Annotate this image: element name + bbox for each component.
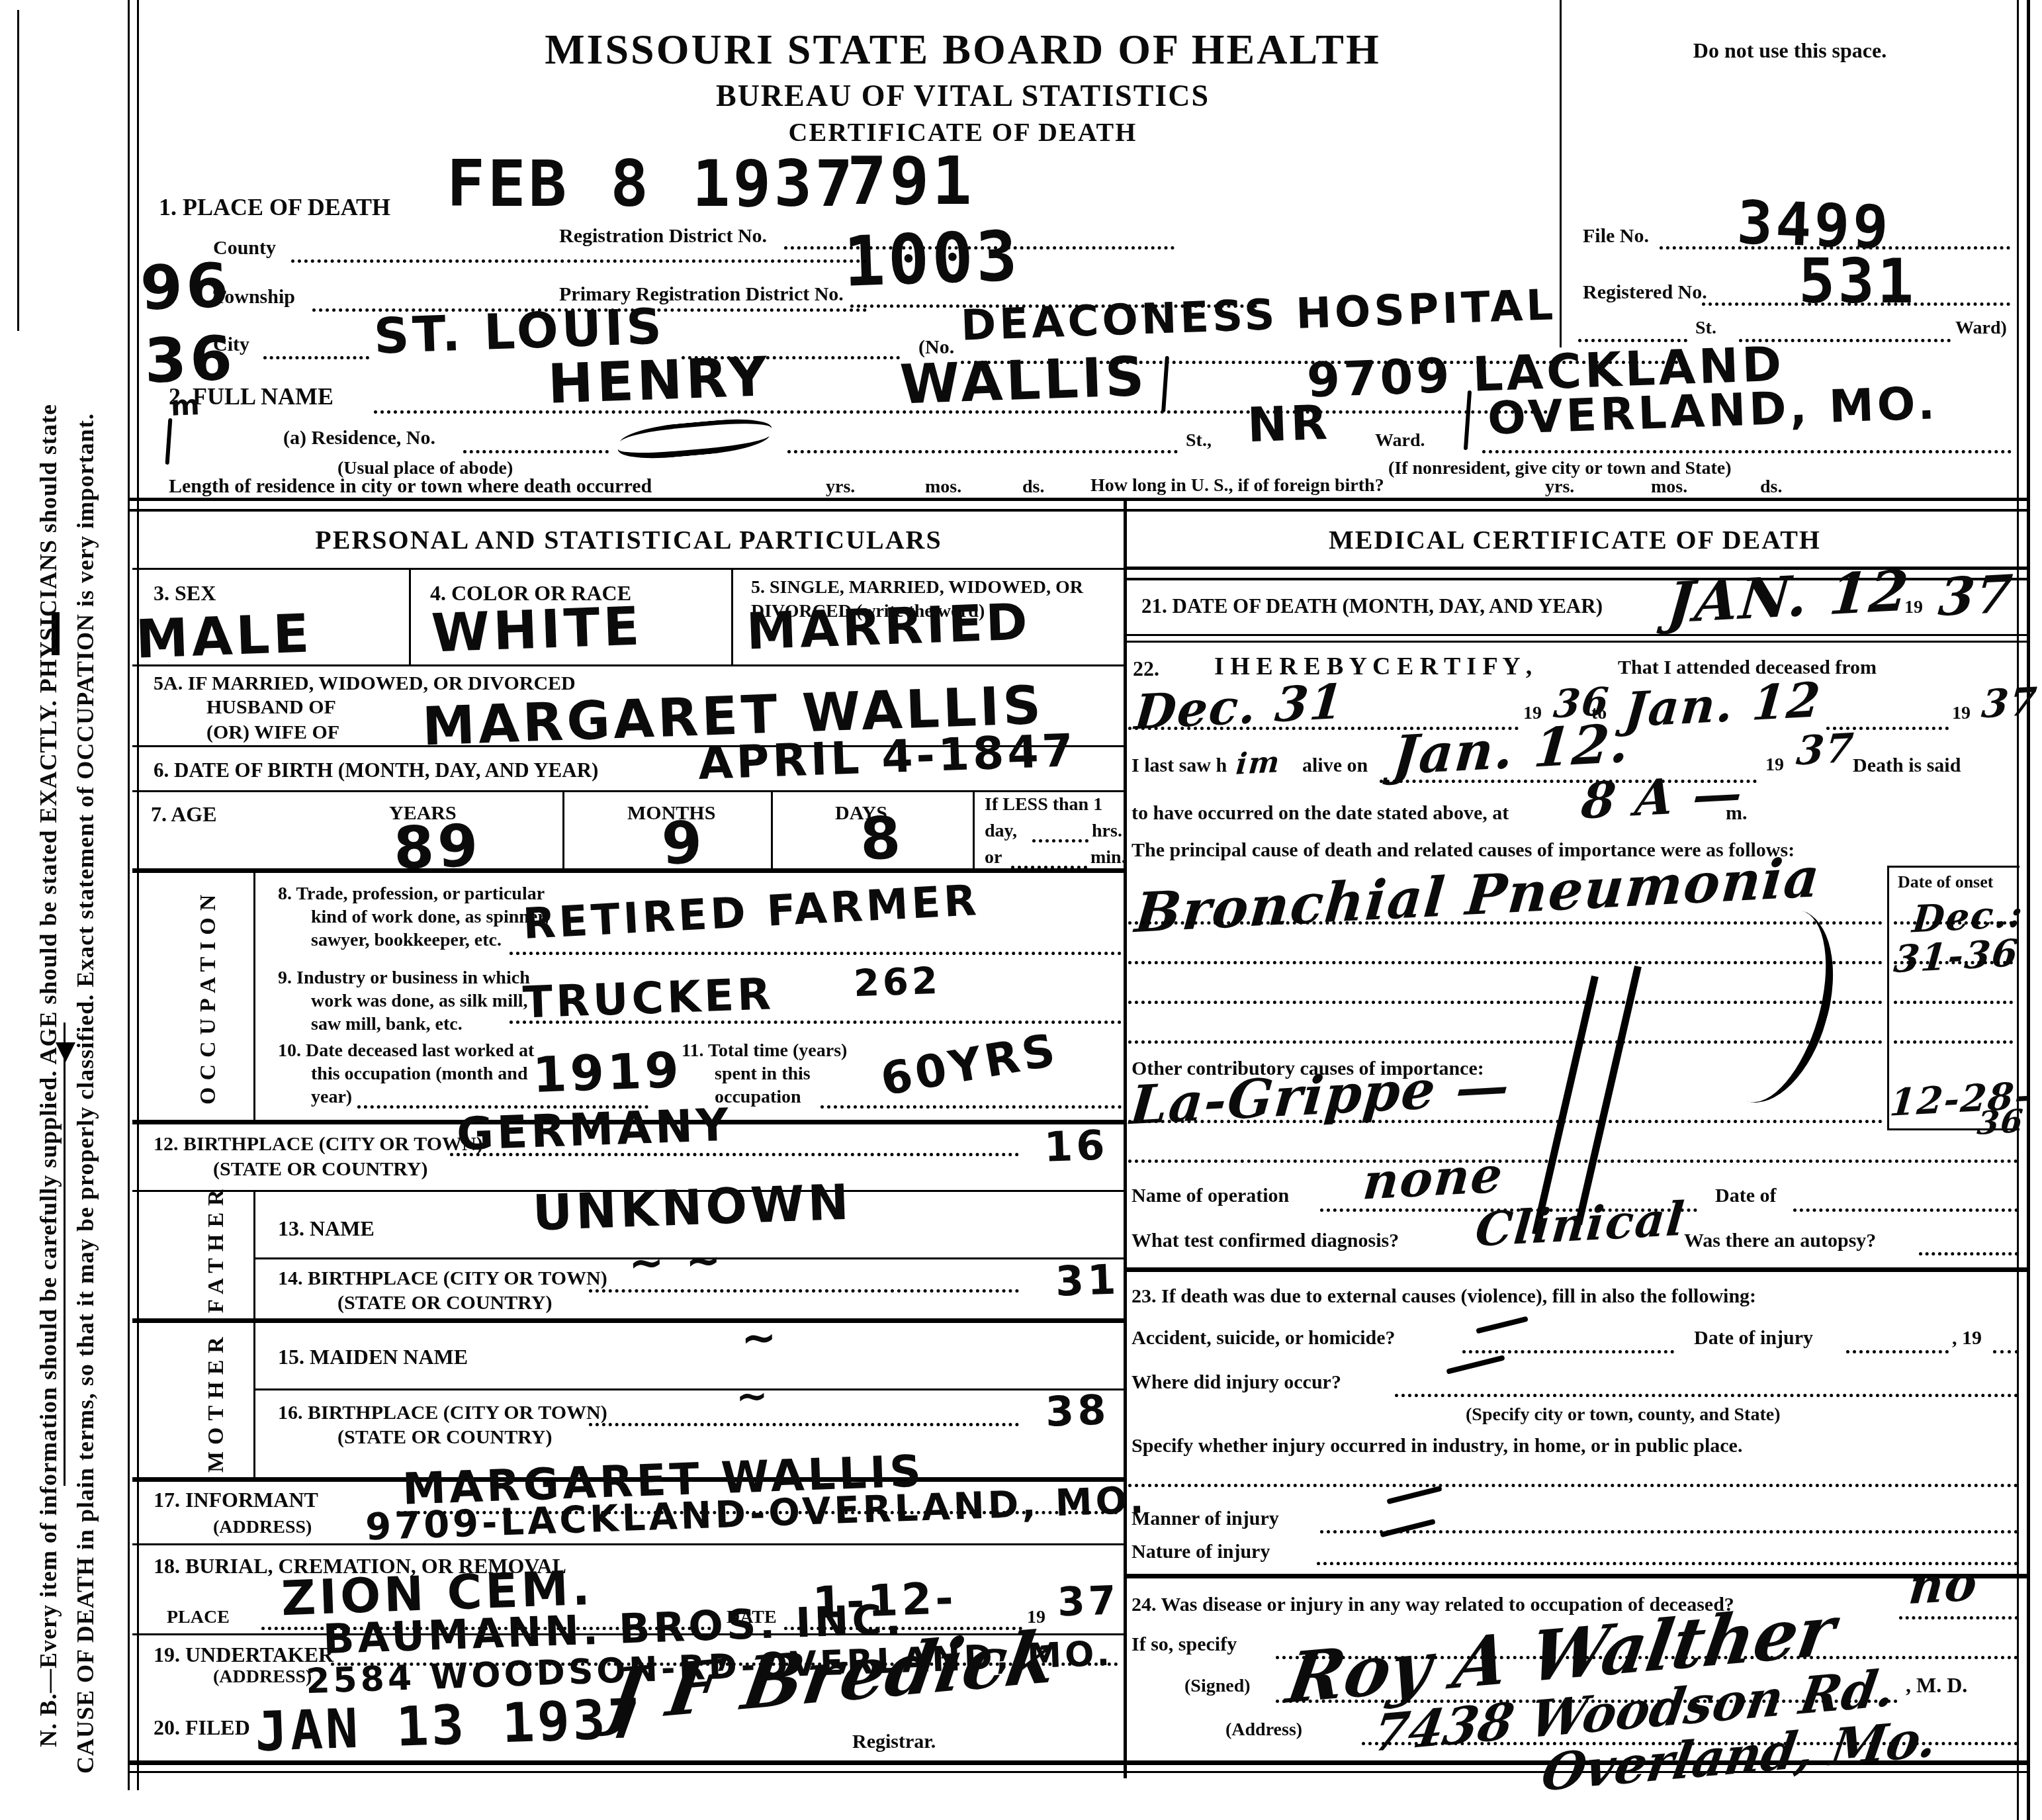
m-label: m. (1726, 802, 1748, 825)
dotted-line (1320, 1530, 2018, 1533)
last-saw-him: im (1235, 745, 1282, 782)
birthplace-label-2: (STATE OR COUNTRY) (213, 1158, 428, 1181)
or-label: or (985, 847, 1002, 868)
ward2-label: Ward. (1375, 430, 1425, 451)
undertaker-address-label: (ADDRESS) (213, 1666, 312, 1688)
dod-year-value: 37 (1936, 564, 2016, 628)
personal-section-title: PERSONAL AND STATISTICAL PARTICULARS (132, 524, 1125, 555)
occupation-strip-divider (253, 872, 255, 1120)
dotted-line (510, 952, 1122, 955)
pen-stroke (1161, 356, 1169, 412)
title-board: MISSOURI STATE BOARD OF HEALTH (371, 25, 1555, 74)
date-of-onset-label: Date of onset (1898, 872, 1993, 892)
burial-year-value: 37 (1057, 1577, 1120, 1625)
dotted-line (463, 450, 609, 453)
mother-birthplace-code: 38 (1045, 1385, 1110, 1435)
operation-label: Name of operation (1132, 1185, 1289, 1207)
certify-number: 22. (1133, 657, 1159, 681)
last-worked-value: 1919 (532, 1042, 684, 1104)
city-label: City (213, 334, 249, 356)
attended-from-value: Dec. 31 (1132, 672, 1346, 740)
alive-19-label: 19 (1765, 754, 1784, 776)
death-certificate-scan: N. B.—Every item of information should b… (0, 0, 2042, 1820)
birthplace-value: GERMANY (456, 1099, 733, 1161)
date-of-death-value: JAN. 12 (1665, 557, 1912, 636)
item8-line1: 8. Trade, profession, or particular (278, 884, 545, 905)
item9-line1: 9. Industry or business in which (278, 968, 530, 989)
primary-district-number-stamp: 1003 (842, 215, 1022, 302)
total-time-value: 60YRS (877, 1024, 1062, 1107)
how-long-label: How long in U. S., if of foreign birth? (1090, 475, 1384, 496)
st2-label: St., (1186, 430, 1212, 451)
pen-dash (1476, 1316, 1529, 1334)
pen-dash (1386, 1486, 1442, 1504)
rule (132, 664, 1124, 666)
item11-line2: spent in this (715, 1064, 811, 1085)
married-label: 5A. IF MARRIED, WIDOWED, OR DIVORCED (154, 672, 576, 695)
registered-no-label: Registered No. (1583, 281, 1707, 304)
mother-strip-divider (253, 1318, 255, 1477)
rule (132, 790, 1124, 792)
industry-value: TRUCKER (522, 968, 775, 1028)
father-birthplace-label-2: (STATE OR COUNTRY) (337, 1292, 553, 1314)
heavy-rule (132, 1318, 1124, 1323)
dotted-line (1993, 1350, 2018, 1353)
registration-district-label: Registration District No. (559, 225, 767, 248)
rule (1125, 641, 2027, 643)
date-of-death-label: 21. DATE OF DEATH (MONTH, DAY, AND YEAR) (1141, 594, 1603, 618)
death-is-said-label: Death is said (1853, 754, 1961, 777)
item10-line2: this occupation (month and (311, 1064, 528, 1085)
file-no-label: File No. (1583, 225, 1649, 248)
test-value: Clinical (1474, 1191, 1688, 1257)
hospital-value: DEACONESS HOSPITAL (960, 281, 1557, 350)
mos-label: mos. (925, 477, 961, 498)
nature-label: Nature of injury (1132, 1541, 1270, 1563)
test-label: What test confirmed diagnosis? (1132, 1230, 1399, 1252)
registrar-label: Registrar. (852, 1731, 936, 1753)
column-divider (409, 568, 411, 664)
dotted-line (787, 450, 1178, 453)
occurred-time-value: 8 A — (1579, 764, 1746, 830)
ds-label-2: ds. (1760, 477, 1782, 498)
medical-section-title: MEDICAL CERTIFICATE OF DEATH (1125, 524, 2025, 555)
dotted-line (1846, 1350, 1949, 1353)
heavy-rule (132, 868, 1124, 873)
if-less-label: If LESS than 1 (985, 794, 1102, 815)
signed-label: (Signed) (1184, 1676, 1251, 1697)
district-number-stamp: 791 (847, 142, 975, 220)
industry-code-value: 262 (853, 960, 942, 1006)
dotted-line (1793, 1208, 2018, 1212)
pen-dash (1380, 1519, 1435, 1537)
dotted-line (821, 1105, 1122, 1109)
specify-whether-label: Specify whether injury occurred in indus… (1132, 1435, 1742, 1457)
residence-scribble (615, 415, 776, 462)
husband-of-label: HUSBAND OF (206, 696, 336, 719)
full-name-last: WALLIS (899, 345, 1148, 416)
md-label: , M. D. (1906, 1673, 1967, 1698)
dotted-line (450, 1153, 1019, 1156)
age-days-value: 8 (859, 803, 905, 873)
dod-19-label: 19 (1904, 597, 1923, 618)
do-not-use-label: Do not use this space. (1575, 38, 2005, 63)
dotted-line (1899, 1616, 2018, 1619)
column-divider (731, 568, 733, 664)
dotted-line (1919, 1252, 2018, 1255)
informant-label: 17. INFORMANT (154, 1488, 318, 1512)
item9-line3: saw mill, bank, etc. (311, 1014, 463, 1035)
item11-line1: 11. Total time (years) (682, 1040, 847, 1062)
rule (132, 568, 1124, 570)
if-so-specify-label: If so, specify (1132, 1633, 1237, 1656)
yrs-label-2: yrs. (1545, 477, 1574, 498)
dotted-line (291, 259, 867, 263)
item8-line2: kind of work done, as spinner, (311, 907, 549, 928)
margin-code-96: 96 (139, 250, 233, 324)
birthplace-label-1: 12. BIRTHPLACE (CITY OR TOWN) (154, 1133, 483, 1156)
st-label: St. (1695, 318, 1716, 339)
item24-value: no (1906, 1555, 1980, 1615)
filed-label: 20. FILED (154, 1715, 250, 1740)
father-birthplace-label-1: 14. BIRTHPLACE (CITY OR TOWN) (278, 1267, 607, 1290)
father-name-value: UNKNOWN (532, 1174, 853, 1242)
address-label: (Address) (1225, 1719, 1302, 1741)
date-of-label: Date of (1715, 1185, 1776, 1207)
place-of-death-label: 1. PLACE OF DEATH (159, 193, 390, 221)
maiden-name-label: 15. MAIDEN NAME (278, 1345, 468, 1369)
dotted-line (510, 1021, 1122, 1024)
age-label: 7. AGE (151, 802, 217, 827)
ds-label: ds. (1022, 477, 1044, 498)
item23-label: 23. If death was due to external causes … (1132, 1285, 1756, 1308)
autopsy-label: Was there an autopsy? (1684, 1230, 1876, 1252)
received-date-stamp: FEB 8 1937 (447, 147, 856, 221)
trade-value: RETIRED FARMER (522, 876, 981, 949)
dotted-line (263, 356, 369, 359)
item8-line3: sawyer, bookkeeper, etc. (311, 930, 502, 951)
dotted-line (1894, 1001, 2013, 1004)
form-left-border-inner (137, 0, 139, 1790)
father-name-label: 13. NAME (278, 1216, 375, 1241)
dotted-line (1395, 1394, 2018, 1397)
onset-value-line2: 31-36 (1892, 931, 2021, 981)
item10-line1: 10. Date deceased last worked at (278, 1040, 534, 1062)
sex-label: 3. SEX (154, 581, 216, 606)
injury-19-label: , 19 (1952, 1327, 1982, 1349)
manner-label: Manner of injury (1132, 1508, 1279, 1530)
mother-birthplace-label-1: 16. BIRTHPLACE (CITY OR TOWN) (278, 1402, 607, 1424)
header-right-divider (1560, 0, 1562, 347)
column-divider (771, 790, 773, 870)
accident-label: Accident, suicide, or homicide? (1132, 1327, 1396, 1349)
registered-no-stamp: 531 (1798, 246, 1916, 317)
onset-box-top (1887, 866, 2020, 868)
dotted-line (589, 1289, 1019, 1293)
pen-dash (1446, 1355, 1505, 1375)
form-right-border (2027, 0, 2030, 1820)
marital-label-1: 5. SINGLE, MARRIED, WIDOWED, OR (751, 577, 1083, 598)
full-name-first: HENRY (547, 345, 771, 416)
column-divider (562, 790, 564, 870)
marital-value: MARRIED (746, 592, 1032, 661)
scan-edge-mark (64, 1023, 66, 1486)
rule (253, 1388, 1124, 1390)
dotted-line (1032, 839, 1088, 842)
alive-year-value: 37 (1795, 725, 1857, 775)
occurred-label: to have occurred on the date stated abov… (1132, 802, 1509, 825)
pen-flourish (1695, 895, 1853, 1116)
day-label: day, (985, 821, 1017, 842)
injury-date-label: Date of injury (1694, 1327, 1813, 1349)
attended-to-value: Jan. 12 (1622, 671, 1823, 738)
maiden-name-mark: ~ (740, 1313, 781, 1363)
mother-birthplace-label-2: (STATE OR COUNTRY) (337, 1426, 553, 1449)
onset-box-left (1887, 866, 1889, 1130)
to-19-label: 19 (1952, 703, 1971, 724)
full-name-label: 2. FULL NAME (169, 383, 333, 410)
yrs-label: yrs. (826, 477, 855, 498)
min-label: min. (1090, 847, 1126, 868)
alive-on-label: alive on (1302, 754, 1368, 777)
father-birthplace-mark: ~ ~ (628, 1236, 725, 1289)
color-value: WHITE (430, 595, 643, 664)
pen-stroke (165, 418, 173, 465)
rule (1125, 634, 2027, 636)
dotted-line (1894, 921, 2013, 925)
item9-line2: work was done, as silk mill, (311, 991, 528, 1012)
sex-value: MALE (134, 602, 313, 670)
occupation-strip-label: OCCUPATION (196, 887, 221, 1105)
father-strip-label: FATHER (204, 1199, 229, 1313)
scan-edge-mark (17, 10, 19, 331)
dotted-line (1128, 1120, 1883, 1123)
place-label: PLACE (167, 1607, 230, 1628)
hrs-label: hrs. (1092, 821, 1122, 842)
dotted-line (1894, 1040, 2013, 1044)
item10-line3: year) (311, 1087, 352, 1108)
title-bureau: BUREAU OF VITAL STATISTICS (371, 78, 1555, 113)
contributory-onset-2: 36 (1976, 1103, 2026, 1142)
ward-value: NR (1247, 394, 1332, 453)
mother-birthplace-mark: ~ (735, 1373, 772, 1419)
dotted-line (1894, 961, 2013, 964)
column-divider (973, 790, 975, 870)
dotted-line (589, 1423, 1019, 1426)
last-saw-label: I last saw h (1132, 754, 1227, 777)
length-of-residence-label: Length of residence in city or town wher… (169, 475, 652, 498)
residence-label: (a) Residence, No. (283, 427, 435, 449)
where-injury-label: Where did injury occur? (1132, 1371, 1341, 1394)
center-divider (1124, 501, 1127, 1778)
informant-address-label: (ADDRESS) (213, 1517, 312, 1538)
specify-city-label: (Specify city or town, county, and State… (1466, 1404, 1780, 1426)
form-left-border (128, 0, 130, 1790)
dotted-line (1482, 450, 2012, 453)
header-bottom-rule (130, 498, 2027, 512)
dotted-line (1128, 1160, 2018, 1163)
margin-note-line2: CAUSE OF DEATH in plain terms, so that i… (71, 413, 99, 1774)
to-year-value: 37 (1980, 679, 2040, 727)
dotted-line (1462, 1350, 1674, 1353)
age-months-value: 9 (660, 808, 707, 878)
wife-of-label: (OR) WIFE OF (206, 721, 339, 744)
rule (132, 1543, 1124, 1545)
father-birthplace-code: 31 (1055, 1255, 1120, 1305)
filed-date-stamp: JAN 13 1937 (254, 1688, 644, 1764)
dob-label: 6. DATE OF BIRTH (MONTH, DAY, AND YEAR) (154, 758, 598, 782)
father-strip-divider (253, 1190, 255, 1318)
mother-strip-label: MOTHER (204, 1330, 229, 1473)
mos-label-2: mos. (1651, 477, 1687, 498)
heavy-rule (1125, 1574, 2027, 1578)
ward-close-label: Ward) (1955, 318, 2007, 339)
heavy-rule (1125, 1267, 2027, 1272)
birthplace-code: 16 (1043, 1120, 1109, 1171)
dotted-line (1128, 1484, 2018, 1487)
margin-note-line1: N. B.—Every item of information should b… (34, 404, 62, 1747)
